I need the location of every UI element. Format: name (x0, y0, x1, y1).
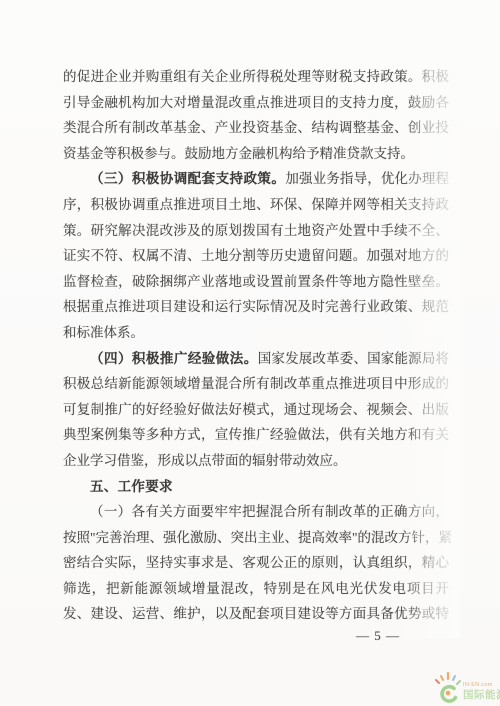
text-line: 按照"完善治理、强化激励、突出主业、提高效率"的混改方针，紧 (63, 525, 449, 551)
line-text: 证实不符、权属不清、土地分割等历史遗留问题。加强对地方的 (63, 248, 449, 263)
line-text: （一）各有关方面要牢牢把握混合所有制改革的正确方向， (90, 504, 449, 519)
line-text: 企业学习借鉴，形成以点带面的辐射带动效应。 (63, 453, 347, 468)
text-line: 引导金融机构加大对增量混改重点推进项目的支持力度，鼓励各 (63, 90, 449, 116)
section-heading-text: 五、工作要求 (90, 479, 173, 494)
text-line: 策。研究解决混改涉及的原划拨国有土地资产处置中手续不全、 (63, 218, 449, 244)
line-text: 的促进企业并购重组有关企业所得税处理等财税支持政策。积极 (63, 69, 449, 84)
line-text: 和标准体系。 (63, 325, 144, 340)
line-text: 可复制推广的好经验好做法好模式，通过现场会、视频会、出版 (63, 402, 449, 417)
paragraph-lead-bold: （三）积极协调配套支持政策。 (90, 171, 285, 186)
text-line: 证实不符、权属不清、土地分割等历史遗留问题。加强对地方的 (63, 243, 449, 269)
text-line: 和标准体系。 (63, 320, 449, 346)
line-text: 根据重点推进项目建设和运行实际情况及时完善行业政策、规范 (63, 299, 449, 314)
text-line: （三）积极协调配套支持政策。加强业务指导，优化办理程 (63, 166, 449, 192)
line-text: 发、建设、运营、维护，以及配套项目建设等方面具备优势或特 (63, 606, 449, 621)
paragraph-lead-bold: （四）积极推广经验做法。 (90, 351, 258, 366)
line-text: 策。研究解决混改涉及的原划拨国有土地资产处置中手续不全、 (63, 223, 449, 238)
line-text: 典型案例集等多种方式，宣传推广经验做法，供有关地方和有关 (63, 427, 449, 442)
text-line: （四）积极推广经验做法。国家发展改革委、国家能源局将 (63, 346, 449, 372)
text-line: 筛选，把新能源领域增量混改，特别是在风电光伏发电项目开 (63, 576, 449, 602)
site-watermark: IN-EN.com 国际能源网 (434, 671, 500, 704)
line-text: 加强业务指导，优化办理程 (285, 171, 449, 186)
sun-logo-icon (434, 671, 461, 704)
text-line: 企业学习借鉴，形成以点带面的辐射带动效应。 (63, 448, 449, 474)
text-line: 典型案例集等多种方式，宣传推广经验做法，供有关地方和有关 (63, 422, 449, 448)
text-line: 类混合所有制改革基金、产业投资基金、结构调整基金、创业投 (63, 115, 449, 141)
text-line: 序，积极协调重点推进项目土地、环保、保障并网等相关支持政 (63, 192, 449, 218)
line-text: 类混合所有制改革基金、产业投资基金、结构调整基金、创业投 (63, 120, 449, 135)
text-line: 资基金等积极参与。鼓励地方金融机构给予精准贷款支持。 (63, 141, 449, 167)
document-text-block: 的促进企业并购重组有关企业所得税处理等财税支持政策。积极 引导金融机构加大对增量… (63, 64, 449, 627)
text-line: 发、建设、运营、维护，以及配套项目建设等方面具备优势或特 (63, 601, 449, 627)
text-line: 根据重点推进项目建设和运行实际情况及时完善行业政策、规范 (63, 294, 449, 320)
line-text: 筛选，把新能源领域增量混改，特别是在风电光伏发电项目开 (63, 581, 449, 596)
section-heading: 五、工作要求 (63, 474, 449, 500)
text-line: 的促进企业并购重组有关企业所得税处理等财税支持政策。积极 (63, 64, 449, 90)
line-text: 国家发展改革委、国家能源局将 (258, 351, 449, 366)
watermark-brand-name: 国际能源网 (463, 689, 500, 701)
line-text: 按照"完善治理、强化激励、突出主业、提高效率"的混改方针，紧 (63, 530, 452, 545)
text-line: 监督检查，破除捆绑产业落地或设置前置条件等地方隐性壁垒。 (63, 269, 449, 295)
text-line: 积极总结新能源领域增量混合所有制改革重点推进项目中形成的 (63, 371, 449, 397)
page-number: — 5 — (356, 628, 426, 644)
text-line: 密结合实际，坚持实事求是、客观公正的原则，认真组织，精心 (63, 550, 449, 576)
line-text: 积极总结新能源领域增量混合所有制改革重点推进项目中形成的 (63, 376, 449, 391)
line-text: 资基金等积极参与。鼓励地方金融机构给予精准贷款支持。 (63, 146, 414, 161)
watermark-url: IN-EN.com (463, 682, 500, 689)
line-text: 序，积极协调重点推进项目土地、环保、保障并网等相关支持政 (63, 197, 449, 212)
line-text: 密结合实际，坚持实事求是、客观公正的原则，认真组织，精心 (63, 555, 449, 570)
line-text: 引导金融机构加大对增量混改重点推进项目的支持力度，鼓励各 (63, 95, 449, 110)
text-line: 可复制推广的好经验好做法好模式，通过现场会、视频会、出版 (63, 397, 449, 423)
line-text: 监督检查，破除捆绑产业落地或设置前置条件等地方隐性壁垒。 (63, 274, 449, 289)
watermark-text: IN-EN.com 国际能源网 (463, 682, 500, 704)
scanned-document-page: 的促进企业并购重组有关企业所得税处理等财税支持政策。积极 引导金融机构加大对增量… (0, 0, 500, 706)
text-line: （一）各有关方面要牢牢把握混合所有制改革的正确方向， (63, 499, 449, 525)
